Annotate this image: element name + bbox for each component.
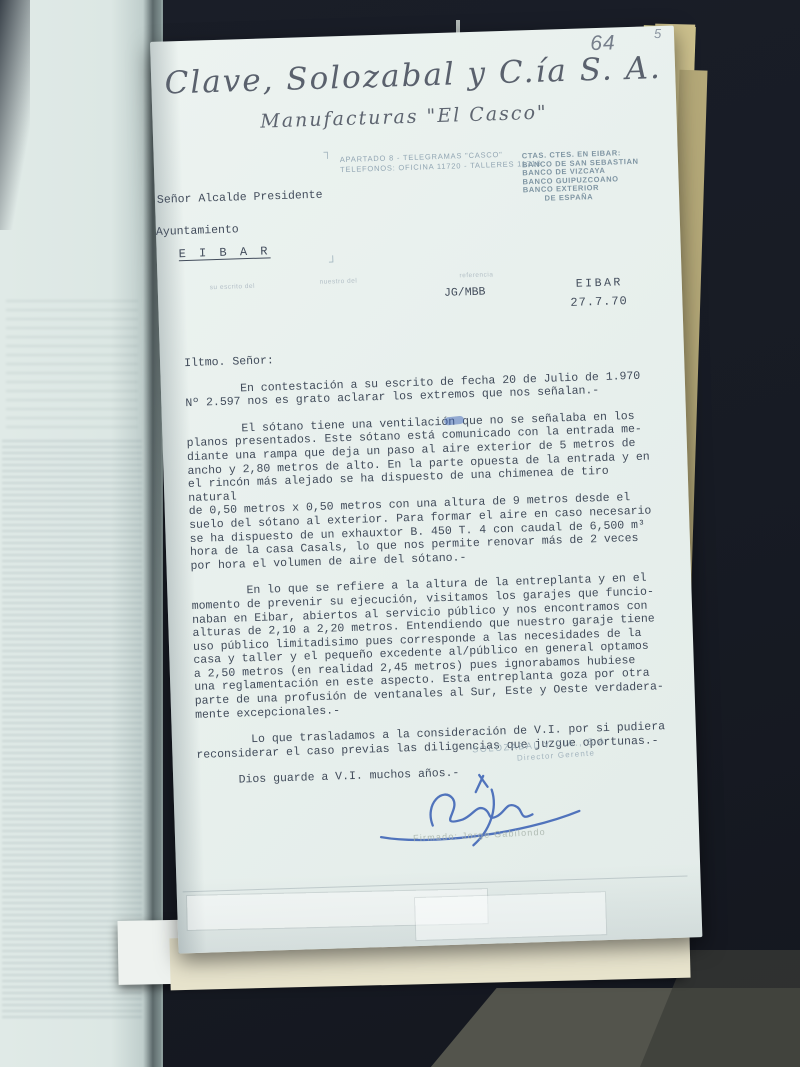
body-paragraph: En contestación a su escrito de fecha 20… (185, 369, 660, 411)
reference-code: JG/MBB (444, 286, 486, 300)
recipient-organization: Ayuntamiento (156, 223, 239, 239)
salutation: Iltmo. Señor: (184, 342, 658, 370)
letterhead-subtitle: Manufacturas "El Casco" (152, 98, 655, 136)
ghost-text-bleedthrough (6, 300, 138, 430)
address-window-corner-mark: ┐ (323, 146, 331, 158)
letterhead-bank-accounts: CTAS. CTES. EN EIBAR: BANCO DE SAN SEBAS… (522, 149, 640, 204)
photo-background: 64 5 Clave, Solozabal y C.ía S. A. Manuf… (0, 0, 800, 1067)
letterhead-company-name: Clave, Solozabal y C.ía S. A. (151, 50, 676, 102)
repair-tape (415, 892, 606, 940)
body-paragraph: En lo que se refiere a la altura de la e… (191, 571, 669, 722)
letter-body: Iltmo. Señor: En contestación a su escri… (184, 342, 672, 802)
page-curl-shadow (0, 0, 30, 230)
body-paragraph: El sótano tiene una ventilación que no s… (186, 409, 664, 573)
recipient-city: E I B A R (178, 244, 270, 261)
handwritten-page-number-secondary: 5 (654, 26, 662, 41)
address-window-corner-mark: ┘ (329, 256, 337, 268)
reference-label-referencia: referencia (459, 271, 493, 279)
reference-label-su-escrito: su escrito del (210, 283, 255, 291)
reference-label-nuestro: nuestro del (320, 278, 358, 286)
letterhead-contact-info: APARTADO 8 - TELEGRAMAS "CASCO" TELEFONO… (340, 149, 551, 176)
signature-ink (371, 768, 598, 853)
letter-date: 27.7.70 (570, 294, 628, 310)
letter-place: EIBAR (576, 276, 623, 290)
left-book-page (0, 0, 163, 1067)
letter-page: 64 5 Clave, Solozabal y C.ía S. A. Manuf… (150, 26, 702, 954)
